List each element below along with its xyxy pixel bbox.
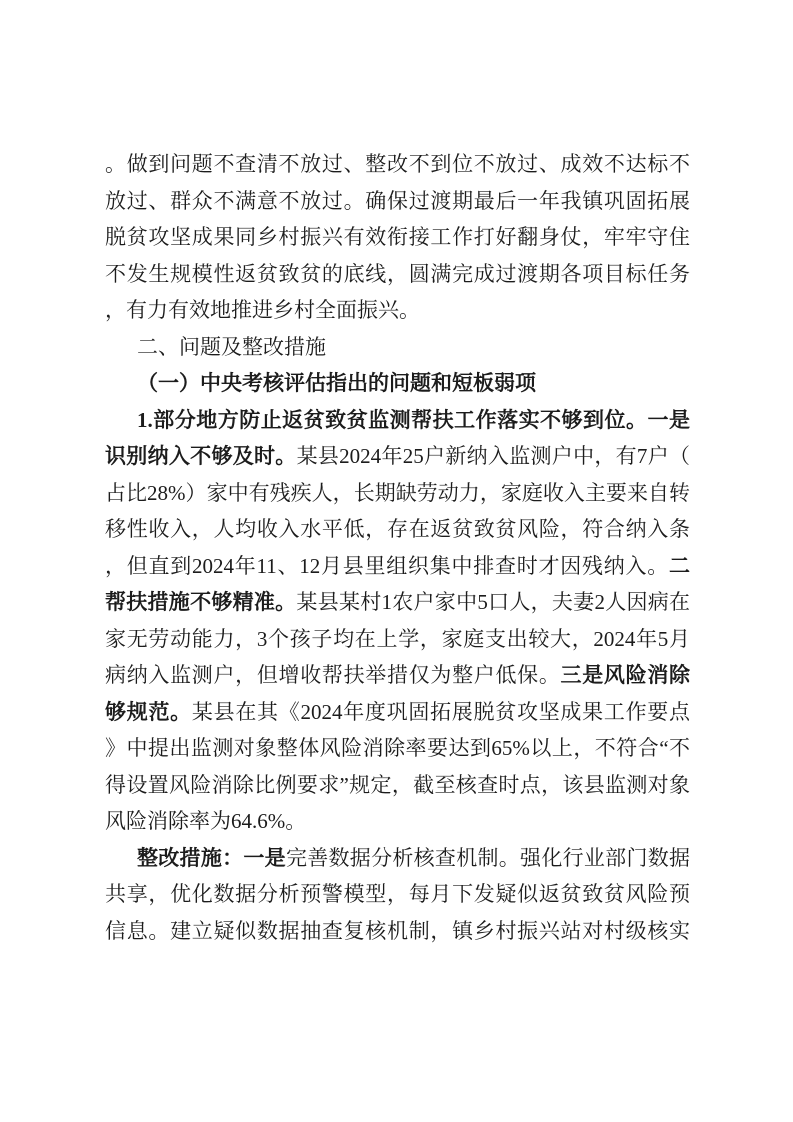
text-line: 脱贫攻坚成果同乡村振兴有效衔接工作打好翻身仗，牢牢守住 [105,219,690,256]
text-run: 》中提出监测对象整体风险消除率要达到65%以上，不符合“不 [105,736,690,760]
text-line: 1.部分地方防止返贫致贫监测帮扶工作落实不够到位。一是 [105,402,690,439]
text-run: 病纳入监测户，但增收帮扶举措仅为整户低保。 [105,663,561,687]
text-line: ，有力有效地推进乡村全面振兴。 [105,292,690,329]
text-run: 移性收入，人均收入水平低，存在返贫致贫风险，符合纳入条件 [105,517,690,548]
text-run: 。做到问题不查清不放过、整改不到位不放过、成效不达标不 [105,152,690,176]
text-line: 识别纳入不够及时。某县2024年25户新纳入监测户中，有7户（ [105,438,690,475]
document-page: 。做到问题不查清不放过、整改不到位不放过、成效不达标不放过、群众不满意不放过。确… [0,0,793,1122]
text-line: 得设置风险消除比例要求”规定，截至核查时点，该县监测对象 [105,767,690,804]
text-run: ，但直到2024年11、12月县里组织集中排查时才因残纳入。 [105,554,669,578]
text-line: 放过、群众不满意不放过。确保过渡期最后一年我镇巩固拓展 [105,183,690,220]
text-run: 放过、群众不满意不放过。确保过渡期最后一年我镇巩固拓展 [105,189,690,213]
text-run: 信息。建立疑似数据抽查复核机制，镇乡村振兴站对村级核实处 [105,919,690,950]
text-line: 家无劳动能力，3个孩子均在上学，家庭支出较大，2024年5月因 [105,621,690,658]
text-line: 不发生规模性返贫致贫的底线，圆满完成过渡期各项目标任务 [105,256,690,293]
text-line: 整改措施：一是完善数据分析核查机制。强化行业部门数据 [105,840,690,877]
text-line: 。做到问题不查清不放过、整改不到位不放过、成效不达标不 [105,146,690,183]
text-line: 病纳入监测户，但增收帮扶举措仅为整户低保。三是风险消除不 [105,657,690,694]
text-run: 得设置风险消除比例要求”规定，截至核查时点，该县监测对象 [105,773,690,797]
text-run: 识别纳入不够及时。 [105,444,297,468]
text-run: 风险消除率为64.6%。 [105,809,306,833]
text-line: 共享，优化数据分析预警模型，每月下发疑似返贫致贫风险预警 [105,876,690,913]
document-body: 。做到问题不查清不放过、整改不到位不放过、成效不达标不放过、群众不满意不放过。确… [105,146,690,949]
text-run: 占比28%）家中有残疾人，长期缺劳动力，家庭收入主要来自转 [105,481,690,505]
text-run: 帮扶措施不够精准。 [105,590,296,614]
text-run: （一）中央考核评估指出的问题和短板弱项 [137,371,536,395]
text-line: 够规范。某县在其《2024年度巩固拓展脱贫攻坚成果工作要点 [105,694,690,731]
text-run: 某县某村1农户家中5口人，夫妻2人因病在 [296,590,690,614]
text-run: 不发生规模性返贫致贫的底线，圆满完成过渡期各项目标任务 [105,262,690,286]
text-run: 脱贫攻坚成果同乡村振兴有效衔接工作打好翻身仗，牢牢守住 [105,225,690,249]
text-line: ，但直到2024年11、12月县里组织集中排查时才因残纳入。二是 [105,548,690,585]
text-line: 二、问题及整改措施 [105,329,690,366]
text-line: 》中提出监测对象整体风险消除率要达到65%以上，不符合“不 [105,730,690,767]
text-run: 完善数据分析核查机制。强化行业部门数据 [286,846,690,870]
text-line: 移性收入，人均收入水平低，存在返贫致贫风险，符合纳入条件 [105,511,690,548]
text-run: 整改措施：一是 [137,846,286,870]
text-run: 某县2024年25户新纳入监测户中，有7户（ [297,444,690,468]
text-run: 1.部分地方防止返贫致贫监测帮扶工作落实不够到位。一是 [137,408,690,432]
text-line: 占比28%）家中有残疾人，长期缺劳动力，家庭收入主要来自转 [105,475,690,512]
text-line: 帮扶措施不够精准。某县某村1农户家中5口人，夫妻2人因病在 [105,584,690,621]
text-run: 够规范。 [105,700,192,724]
text-line: 信息。建立疑似数据抽查复核机制，镇乡村振兴站对村级核实处 [105,913,690,950]
text-line: 风险消除率为64.6%。 [105,803,690,840]
text-run: ，有力有效地推进乡村全面振兴。 [105,298,420,322]
text-run: 二、问题及整改措施 [137,336,326,359]
text-run: 家无劳动能力，3个孩子均在上学，家庭支出较大，2024年5月因 [105,627,690,658]
text-run: 共享，优化数据分析预警模型，每月下发疑似返贫致贫风险预警 [105,882,690,913]
text-line: （一）中央考核评估指出的问题和短板弱项 [105,365,690,402]
text-run: 某县在其《2024年度巩固拓展脱贫攻坚成果工作要点 [192,700,690,724]
